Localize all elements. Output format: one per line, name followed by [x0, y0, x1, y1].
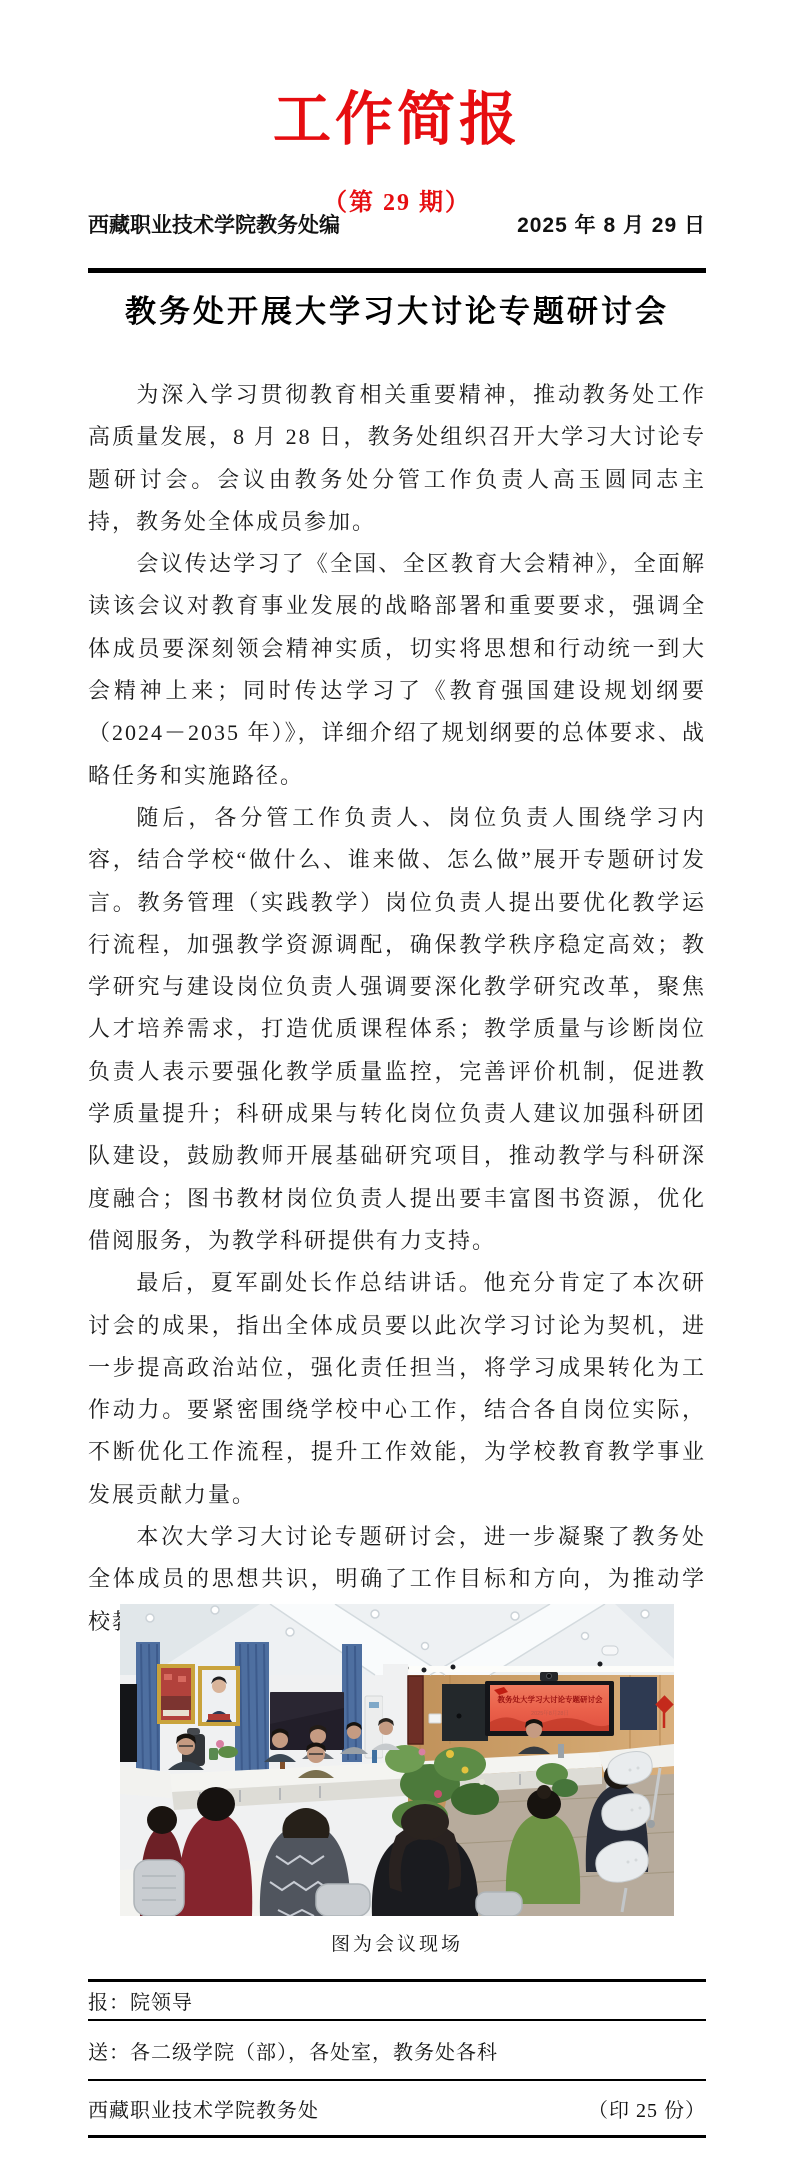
distribution-table: 报：院领导 送：各二级学院（部），各处室，教务处各科 西藏职业技术学院教务处 （…: [88, 1979, 706, 2138]
paragraph-1: 为深入学习贯彻教育相关重要精神，推动教务处工作高质量发展，8 月 28 日，教务…: [88, 374, 706, 543]
meeting-photo-illustration: 教务处大学习大讨论专题研讨会 2025年8月28日: [120, 1604, 674, 1916]
masthead-meta-row: 西藏职业技术学院教务处编 2025 年 8 月 29 日: [88, 212, 706, 240]
meeting-photo: 教务处大学习大讨论专题研讨会 2025年8月28日: [120, 1604, 674, 1916]
issuer-text: 西藏职业技术学院教务处: [88, 2094, 319, 2123]
slide-date-text: 2025年8月28日: [531, 1709, 569, 1717]
paragraph-3: 随后，各分管工作负责人、岗位负责人围绕学习内容，结合学校“做什么、谁来做、怎么做…: [88, 797, 706, 1262]
article-body: 为深入学习贯彻教育相关重要精神，推动教务处工作高质量发展，8 月 28 日，教务…: [88, 374, 706, 1643]
slide-title-text: 教务处大学习大讨论专题研讨会: [497, 1694, 603, 1704]
report-to-row: 报：院领导: [88, 1982, 706, 2021]
photo-left-wall: [120, 1642, 383, 1782]
paragraph-2: 会议传达学习了《全国、全区教育大会精神》，全面解读该会议对教育事业发展的战略部署…: [88, 543, 706, 797]
bulletin-title: 工作简报: [0, 84, 794, 156]
editor-label: 西藏职业技术学院教务处编: [88, 212, 340, 240]
report-to-text: 报：院领导: [88, 1986, 193, 2015]
bulletin-page: 工作简报 （第 29 期） 西藏职业技术学院教务处编 2025 年 8 月 29…: [0, 0, 794, 2173]
issuer-row: 西藏职业技术学院教务处 （印 25 份）: [88, 2081, 706, 2135]
copies-text: （印 25 份）: [588, 2094, 706, 2123]
article-headline: 教务处开展大学习大讨论专题研讨会: [0, 289, 794, 335]
photo-caption: 图为会议现场: [0, 1932, 794, 1958]
issue-date: 2025 年 8 月 29 日: [517, 212, 706, 240]
masthead-divider-rule: [88, 268, 706, 273]
paragraph-4: 最后，夏军副处长作总结讲话。他充分肯定了本次研讨会的成果，指出全体成员要以此次学…: [88, 1262, 706, 1516]
send-to-row: 送：各二级学院（部），各处室，教务处各科: [88, 2021, 706, 2081]
send-to-text: 送：各二级学院（部），各处室，教务处各科: [88, 2036, 498, 2065]
